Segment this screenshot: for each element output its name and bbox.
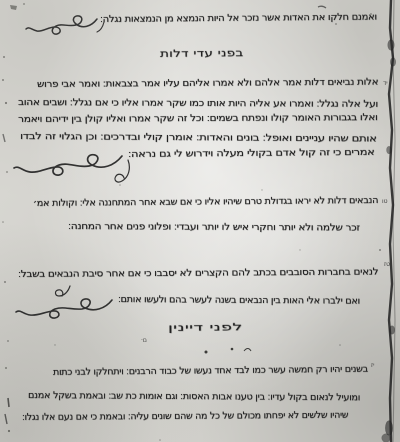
calligraphic-flourish-header — [26, 16, 104, 34]
paragraph-line: ואלו בגבורות האומר קולו ונפתח בשמים׃ וכל… — [18, 113, 378, 124]
paragraph-line: בשנים יהיו רק חמשה עשר כמו לבד אחד נעשו … — [53, 365, 368, 378]
manuscript-page: ואמנם חלקו את האדות אשר נזכר אל היות הנמ… — [0, 0, 400, 442]
paragraph-line: אותם שהיו עניינים ואופל׃ בונים והאדות׃ א… — [20, 132, 377, 144]
margin-section-number: יז — [371, 363, 374, 369]
margin-section-number: טז — [384, 262, 390, 268]
stray-ink-marks — [205, 348, 251, 353]
paragraph-line: הנבאים דלות לא יראו בגדולת טרם שיהיו אלי… — [33, 196, 378, 209]
paragraph-line: אמרים כי זה קול אדם בקולי מעלה וידרוש לי… — [128, 148, 374, 160]
paragraph-line: זכר שלמה ולא יותר וחקרי איש לו יותר ועבד… — [68, 222, 360, 233]
calligraphic-flourish-paragraph-3 — [16, 286, 112, 318]
paragraph-line: שיהיו שלשים לא יפחתו מכולם של כל מה שהם … — [22, 411, 348, 423]
margin-section-number: יד — [383, 81, 388, 87]
margin-section-number: טו — [382, 199, 388, 205]
paragraph-line: ועל אלה נגלל׃ ואמרו אע אליה היות אותו כמ… — [18, 98, 378, 109]
paragraph-line: לנאים בחברות הסובבים בכתב להם הקצרים לא … — [18, 267, 378, 279]
header-text-line: ואמנם חלקו את האדות אשר נזכר אל היות הנמ… — [100, 13, 377, 25]
scan-edge-line — [382, 0, 396, 442]
paragraph-line: ומועיל לנאום בקול עדיו׃ בין טענו אבות הא… — [28, 391, 360, 403]
section-heading: לפני דיינין — [168, 323, 243, 334]
paragraph-line: ואם ילברו אלי האות בין הנבאים בשנה לעשר … — [118, 295, 360, 306]
paragraph-line: אלות נביאים דלות אמר אלהם ולא אמרו אליהם… — [37, 78, 378, 90]
stray-mark-text: ם· — [141, 337, 147, 344]
calligraphic-flourish-paragraph-1 — [14, 155, 129, 182]
subtitle-heading: בפני עדי דלות — [160, 49, 244, 60]
